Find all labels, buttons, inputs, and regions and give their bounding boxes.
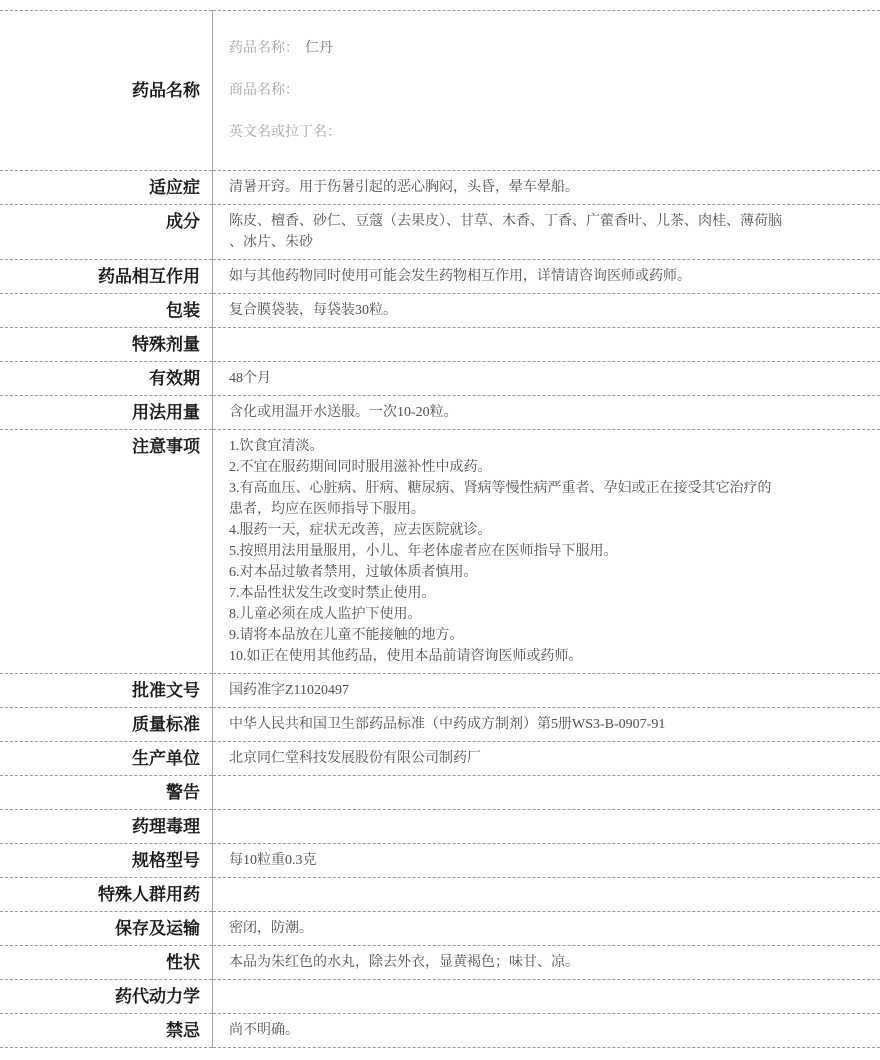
row-indications: 适应症 清暑开窍。用于伤暑引起的恶心胸闷，头昏，晕车晕船。 xyxy=(0,171,880,205)
label-drug-interactions: 药品相互作用 xyxy=(0,260,213,294)
value-specification: 每10粒重0.3克 xyxy=(213,844,880,878)
label-specification: 规格型号 xyxy=(0,844,213,878)
label-shelf-life: 有效期 xyxy=(0,362,213,396)
value-drug-name: 药品名称：仁丹 商品名称： 英文名或拉丁名： xyxy=(213,11,880,171)
row-special-populations: 特殊人群用药 xyxy=(0,878,880,912)
row-special-dosage: 特殊剂量 xyxy=(0,328,880,362)
label-indications: 适应症 xyxy=(0,171,213,205)
row-warnings: 警告 xyxy=(0,776,880,810)
label-warnings: 警告 xyxy=(0,776,213,810)
row-drug-interactions: 药品相互作用 如与其他药物同时使用可能会发生药物相互作用，详情请咨询医师或药师。 xyxy=(0,260,880,294)
label-packaging: 包装 xyxy=(0,294,213,328)
value-special-populations xyxy=(213,878,880,912)
row-manufacturer: 生产单位 北京同仁堂科技发展股份有限公司制药厂 xyxy=(0,742,880,776)
row-packaging: 包装 复合膜袋装，每袋装30粒。 xyxy=(0,294,880,328)
value-quality-standard: 中华人民共和国卫生部药品标准（中药成方制剂）第5册WS3-B-0907-91 xyxy=(213,708,880,742)
value-drug-interactions: 如与其他药物同时使用可能会发生药物相互作用，详情请咨询医师或药师。 xyxy=(213,260,880,294)
value-pharmacokinetics xyxy=(213,980,880,1014)
label-ingredients: 成分 xyxy=(0,205,213,260)
row-contraindications: 禁忌 尚不明确。 xyxy=(0,1014,880,1048)
row-description: 性状 本品为朱红色的水丸，除去外衣，显黄褐色；味甘、凉。 xyxy=(0,946,880,980)
row-storage-transport: 保存及运输 密闭，防潮。 xyxy=(0,912,880,946)
value-indications: 清暑开窍。用于伤暑引起的恶心胸闷，头昏，晕车晕船。 xyxy=(213,171,880,205)
value-special-dosage xyxy=(213,328,880,362)
label-contraindications: 禁忌 xyxy=(0,1014,213,1048)
row-pharmacology-toxicology: 药理毒理 xyxy=(0,810,880,844)
label-special-dosage: 特殊剂量 xyxy=(0,328,213,362)
row-precautions: 注意事项 1.饮食宜清淡。 2.不宜在服药期间同时服用滋补性中成药。 3.有高血… xyxy=(0,430,880,674)
label-quality-standard: 质量标准 xyxy=(0,708,213,742)
label-storage-transport: 保存及运输 xyxy=(0,912,213,946)
value-description: 本品为朱红色的水丸，除去外衣，显黄褐色；味甘、凉。 xyxy=(213,946,880,980)
value-warnings xyxy=(213,776,880,810)
drug-name-registered-value: 仁丹 xyxy=(305,41,333,56)
value-storage-transport: 密闭，防潮。 xyxy=(213,912,880,946)
value-contraindications: 尚不明确。 xyxy=(213,1014,880,1048)
value-approval-number: 国药准字Z11020497 xyxy=(213,674,880,708)
label-special-populations: 特殊人群用药 xyxy=(0,878,213,912)
label-manufacturer: 生产单位 xyxy=(0,742,213,776)
drug-name-registered-line: 药品名称：仁丹 xyxy=(229,38,870,59)
drug-info-table: 药品名称 药品名称：仁丹 商品名称： 英文名或拉丁名： 适应症 清暑开窍。用于伤… xyxy=(0,10,880,1048)
value-manufacturer: 北京同仁堂科技发展股份有限公司制药厂 xyxy=(213,742,880,776)
label-drug-name: 药品名称 xyxy=(0,11,213,171)
row-shelf-life: 有效期 48个月 xyxy=(0,362,880,396)
row-specification: 规格型号 每10粒重0.3克 xyxy=(0,844,880,878)
label-usage-dosage: 用法用量 xyxy=(0,396,213,430)
row-approval-number: 批准文号 国药准字Z11020497 xyxy=(0,674,880,708)
row-drug-name: 药品名称 药品名称：仁丹 商品名称： 英文名或拉丁名： xyxy=(0,11,880,171)
drug-name-registered-label: 药品名称： xyxy=(229,41,299,56)
value-shelf-life: 48个月 xyxy=(213,362,880,396)
row-pharmacokinetics: 药代动力学 xyxy=(0,980,880,1014)
value-precautions: 1.饮食宜清淡。 2.不宜在服药期间同时服用滋补性中成药。 3.有高血压、心脏病… xyxy=(213,430,880,674)
value-packaging: 复合膜袋装，每袋装30粒。 xyxy=(213,294,880,328)
label-description: 性状 xyxy=(0,946,213,980)
label-pharmacology-toxicology: 药理毒理 xyxy=(0,810,213,844)
label-pharmacokinetics: 药代动力学 xyxy=(0,980,213,1014)
drug-name-trade-label: 商品名称： xyxy=(229,80,870,101)
drug-info-table-body: 药品名称 药品名称：仁丹 商品名称： 英文名或拉丁名： 适应症 清暑开窍。用于伤… xyxy=(0,11,880,1048)
row-quality-standard: 质量标准 中华人民共和国卫生部药品标准（中药成方制剂）第5册WS3-B-0907… xyxy=(0,708,880,742)
drug-name-latin-label: 英文名或拉丁名： xyxy=(229,122,870,143)
value-ingredients: 陈皮、檀香、砂仁、豆蔻（去果皮）、甘草、木香、丁香、广藿香叶、儿茶、肉桂、薄荷脑… xyxy=(213,205,880,260)
row-usage-dosage: 用法用量 含化或用温开水送服。一次10-20粒。 xyxy=(0,396,880,430)
value-usage-dosage: 含化或用温开水送服。一次10-20粒。 xyxy=(213,396,880,430)
label-approval-number: 批准文号 xyxy=(0,674,213,708)
row-ingredients: 成分 陈皮、檀香、砂仁、豆蔻（去果皮）、甘草、木香、丁香、广藿香叶、儿茶、肉桂、… xyxy=(0,205,880,260)
value-pharmacology-toxicology xyxy=(213,810,880,844)
label-precautions: 注意事项 xyxy=(0,430,213,674)
